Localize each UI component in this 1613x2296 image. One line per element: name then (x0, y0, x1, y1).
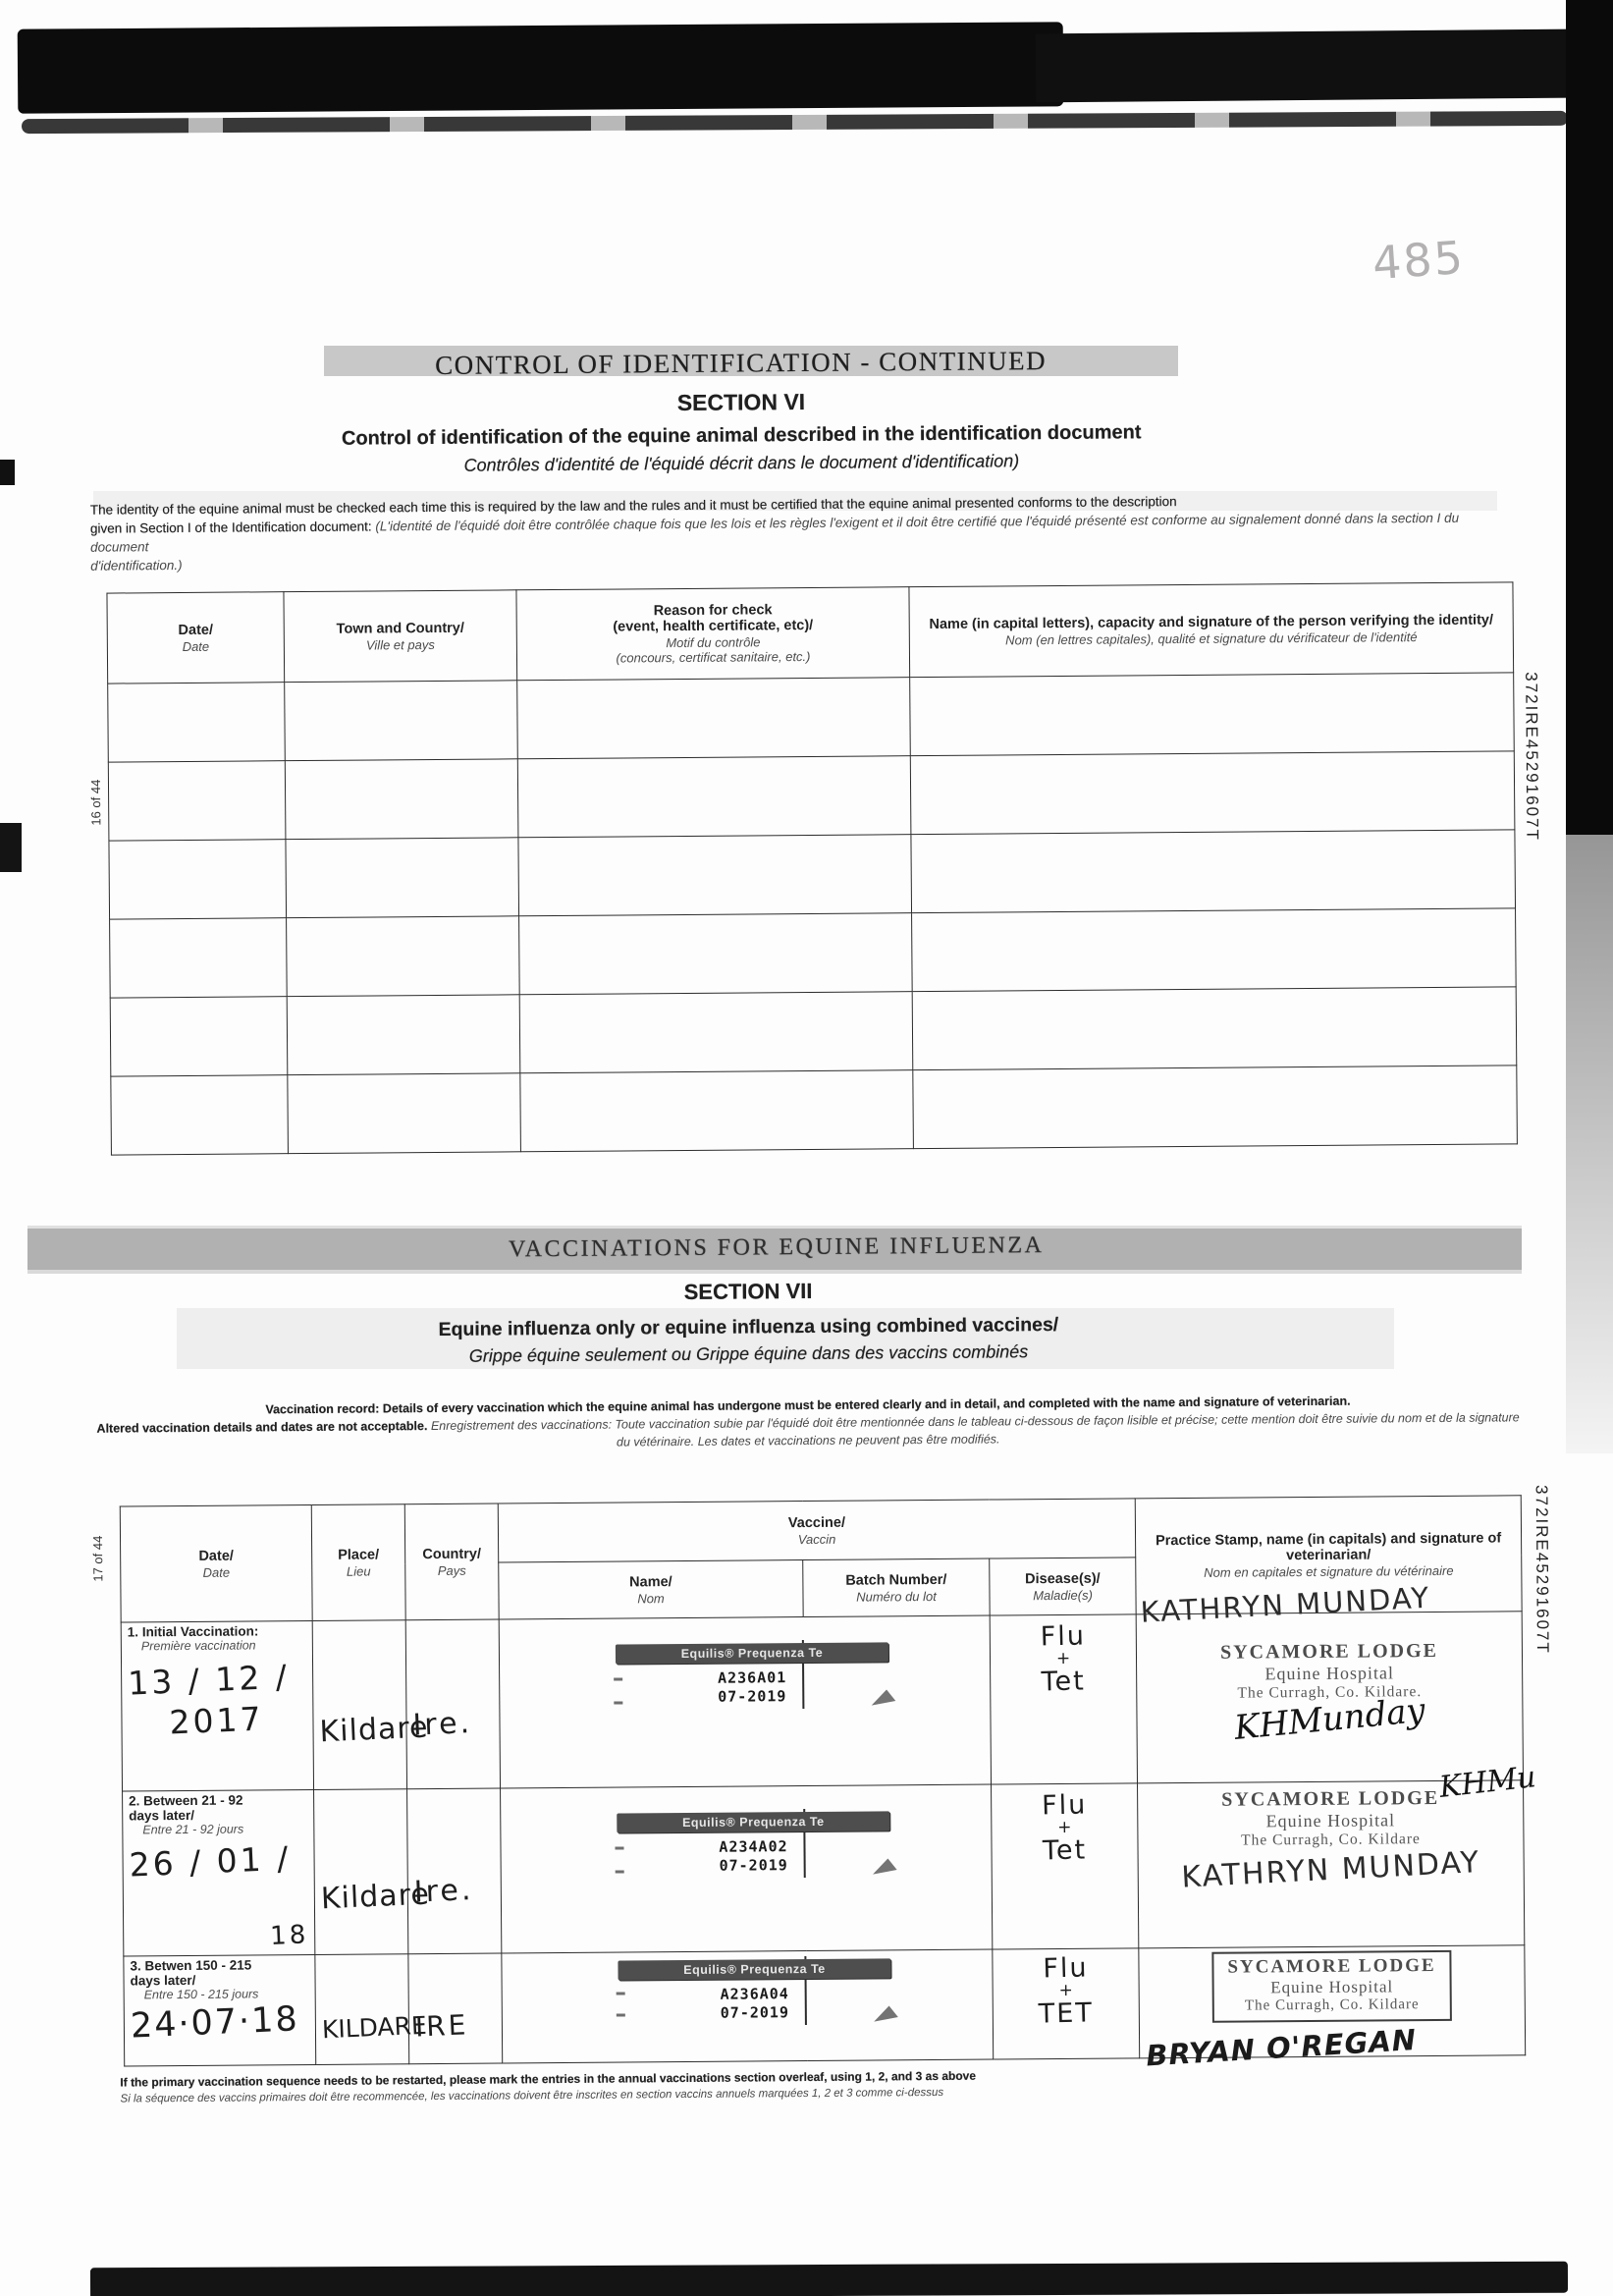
row3-expiry: 07-2019 (721, 2003, 789, 2022)
vaccine-sticker: Equilis® Prequenza Te A234A02 07-2019 (617, 1811, 889, 1876)
row3-date-cell: 3. Betwen 150 - 215 days later/ Entre 15… (124, 1954, 316, 2066)
row2-disease-flu: Flu (997, 1788, 1132, 1822)
page-number-margin-2: 17 of 44 (90, 1536, 105, 1582)
row2-place-handwriting: Kildare (320, 1879, 402, 1916)
row1-expiry: 07-2019 (718, 1687, 786, 1706)
vaccine-sticker: Equilis® Prequenza Te A236A01 07-2019 (616, 1642, 888, 1707)
document-code-right-1: 372IRE45291607T (1521, 672, 1541, 842)
row2-year-handwriting: 18 (269, 1920, 308, 1951)
sticker-mark (614, 1701, 622, 1704)
row1-batch-number: A236A01 (718, 1668, 786, 1687)
section6-subtitle-en: Control of identification of the equine … (54, 419, 1428, 453)
row1-disease-cell: Flu + Tet (990, 1614, 1137, 1784)
document-code-right-2: 372IRE45291607T (1532, 1485, 1552, 1655)
row2-expiry: 07-2019 (719, 1856, 787, 1875)
t7-col-batch: Batch Number/ Numéro du lot (803, 1558, 990, 1616)
row3-country-handwriting: IRE (414, 2007, 496, 2043)
t7-col-date-en: Date/ (127, 1548, 305, 1564)
t6-col-date-en: Date/ (114, 622, 278, 638)
t6-col-town: Town and Country/ Ville et pays (284, 590, 517, 683)
t7-col-date-fr: Date (127, 1564, 305, 1580)
vaccine-brand-label: Equilis® Prequenza Te (618, 1958, 890, 1980)
section7-intro: Vaccination record: Details of every vac… (91, 1391, 1525, 1455)
row1-label-fr: Première vaccination (141, 1638, 306, 1653)
row3-place-handwriting: KILDARE (321, 2012, 403, 2044)
sticker-mark (616, 1870, 624, 1873)
row1-year-handwriting: 2017 (169, 1698, 308, 1742)
vaccination-row-2: 2. Between 21 - 92 days later/ Entre 21 … (123, 1780, 1525, 1956)
section6-title: CONTROL OF IDENTIFICATION - CONTINUED (54, 343, 1428, 384)
row3-country-cell: IRE (408, 1953, 503, 2064)
section6-subtitle-fr: Contrôles d'identité de l'équidé décrit … (54, 448, 1428, 479)
identification-control-table: Date/ Date Town and Country/ Ville et pa… (106, 581, 1517, 1155)
section6-intro: The identity of the equine animal must b… (90, 490, 1503, 575)
t7-col-vaccine-name-fr: Nom (505, 1590, 796, 1607)
row2-disease-tet: Tet (997, 1834, 1132, 1868)
row3-vaccine-cell: Equilis® Prequenza Te A236A04 07-2019 (502, 1949, 994, 2063)
t6-empty-row (108, 673, 1515, 762)
t6-col-date-fr: Date (114, 638, 278, 654)
row3-disease-flu: Flu (998, 1951, 1133, 1985)
t7-col-stamp-fr: Nom en capitales et signature du vétérin… (1142, 1562, 1515, 1580)
section7-label: SECTION VII (61, 1274, 1435, 1310)
row2-label-fr: Entre 21 - 92 jours (142, 1822, 307, 1836)
t7-col-disease: Disease(s)/ Maladie(s) (990, 1558, 1136, 1615)
row2-label-en: 2. Between 21 - 92 days later/ (129, 1792, 307, 1823)
section6-label: SECTION VI (54, 384, 1428, 421)
row1-place-handwriting: Kildare (319, 1712, 401, 1749)
sticker-mark (617, 2013, 625, 2016)
t7-col-place-en: Place/ (318, 1547, 399, 1563)
row1-date-cell: 1. Initial Vaccination: Première vaccina… (121, 1620, 313, 1791)
t7-col-disease-fr: Maladie(s) (995, 1587, 1129, 1603)
row1-disease-tet: Tet (996, 1666, 1131, 1699)
row2-place-cell: Kildare (314, 1789, 408, 1955)
t6-empty-row (111, 1066, 1518, 1155)
page-number-margin-1: 16 of 44 (88, 780, 103, 826)
t6-col-date: Date/ Date (107, 592, 285, 683)
row1-date-handwriting: 13 / 12 / (127, 1657, 307, 1703)
t7-col-stamp-en: Practice Stamp, name (in capitals) and s… (1142, 1530, 1515, 1564)
row2-vaccine-cell: Equilis® Prequenza Te A234A02 07-2019 (501, 1784, 993, 1953)
t7-col-place-fr: Lieu (318, 1563, 399, 1579)
vaccination-table: Date/ Date Place/ Lieu Country/ Pays Vac… (120, 1495, 1526, 2066)
row3-stamp-line2: Equine Hospital (1227, 1977, 1435, 1998)
row3-stamp-cell: SYCAMORE LODGE Equine Hospital The Curra… (1139, 1945, 1526, 2058)
t6-empty-row (110, 908, 1517, 998)
vaccination-row-1: 1. Initial Vaccination: Première vaccina… (121, 1612, 1523, 1791)
row2-date-handwriting: 26 / 01 / (129, 1838, 309, 1885)
t6-col-name: Name (in capital letters), capacity and … (909, 582, 1514, 678)
row2-disease-cell: Flu + Tet (992, 1783, 1139, 1949)
t7-col-batch-en: Batch Number/ (809, 1571, 983, 1588)
row2-country-handwriting: Ire. (413, 1872, 495, 1909)
t6-col-town-en: Town and Country/ (291, 620, 511, 637)
t6-col-reason-fr: Motif du contrôle (concours, certificat … (523, 633, 903, 666)
row3-place-cell: KILDARE (315, 1954, 409, 2065)
practice-stamp-box: SYCAMORE LODGE Equine Hospital The Curra… (1211, 1950, 1452, 2023)
vaccine-sticker: Equilis® Prequenza Te A236A04 07-2019 (618, 1958, 890, 2023)
section7-banner: VACCINATIONS FOR EQUINE INFLUENZA (31, 1229, 1522, 1267)
row1-country-cell: Ire. (405, 1619, 500, 1789)
t7-col-vaccine-name-en: Name/ (505, 1573, 796, 1591)
row3-date-handwriting: 24·07·18 (130, 1999, 310, 2047)
t6-col-reason: Reason for check (event, health certific… (516, 587, 910, 681)
row1-disease-flu: Flu (995, 1619, 1130, 1653)
row1-stamp-cell: KATHRYN MUNDAY SYCAMORE LODGE Equine Hos… (1136, 1612, 1523, 1783)
t7-col-disease-en: Disease(s)/ (995, 1570, 1129, 1587)
section7-subtitle-fr: Grippe équine seulement ou Grippe équine… (62, 1339, 1436, 1370)
row1-label-en: 1. Initial Vaccination: (128, 1623, 306, 1639)
t7-col-country: Country/ Pays (404, 1503, 499, 1620)
row2-vet-name-handwriting: KATHRYN MUNDAY (1144, 1843, 1518, 1897)
row3-label-en: 3. Betwen 150 - 215 days later/ (130, 1957, 308, 1988)
vaccine-brand-label: Equilis® Prequenza Te (617, 1811, 889, 1832)
row3-batch-number: A236A04 (721, 1985, 789, 2003)
row2-stamp-line2: Equine Hospital (1144, 1809, 1517, 1832)
t6-col-town-fr: Ville et pays (291, 636, 511, 653)
row1-vaccine-cell: Equilis® Prequenza Te A236A01 07-2019 (499, 1615, 991, 1788)
row2-stamp-cell: KHMu SYCAMORE LODGE Equine Hospital The … (1138, 1780, 1525, 1948)
t6-empty-row (108, 751, 1515, 841)
row2-batch-number: A234A02 (719, 1837, 787, 1856)
section7-intro-fr: Enregistrement des vaccinations: Toute v… (431, 1410, 1520, 1449)
row1-stamp-line2: Equine Hospital (1143, 1662, 1516, 1685)
sticker-mark (614, 1677, 622, 1680)
row3-stamp-line1: SYCAMORE LODGE (1227, 1955, 1435, 1979)
t6-col-reason-en: Reason for check (event, health certific… (523, 601, 903, 635)
row3-disease-cell: Flu + TET (993, 1948, 1140, 2059)
t6-empty-row (109, 830, 1516, 919)
scanned-passport-page: 485 CONTROL OF IDENTIFICATION - CONTINUE… (0, 0, 1613, 2296)
t7-col-vaccine-name: Name/ Nom (499, 1560, 803, 1619)
row2-country-cell: Ire. (407, 1788, 502, 1954)
row1-stamp-line1: SYCAMORE LODGE (1143, 1639, 1516, 1665)
sticker-mark (616, 1846, 624, 1849)
sticker-mark (617, 1992, 625, 1995)
row1-place-cell: Kildare (312, 1620, 406, 1790)
t7-col-place: Place/ Lieu (311, 1504, 405, 1621)
t7-col-date: Date/ Date (120, 1504, 312, 1622)
t6-empty-row (110, 987, 1517, 1076)
t7-col-batch-fr: Numéro du lot (809, 1588, 983, 1604)
t7-col-country-fr: Pays (411, 1562, 492, 1578)
row3-stamp-line3: The Curragh, Co. Kildare (1228, 1996, 1436, 2015)
vaccination-row-3: 3. Betwen 150 - 215 days later/ Entre 15… (124, 1945, 1526, 2066)
t7-col-country-en: Country/ (411, 1546, 492, 1562)
row3-disease-tet: TET (998, 1997, 1133, 2031)
vaccination-footnote: If the primary vaccination sequence need… (120, 2063, 1435, 2108)
t7-col-vaccine: Vaccine/ Vaccin (498, 1499, 1135, 1562)
vaccine-brand-label: Equilis® Prequenza Te (616, 1642, 888, 1664)
row2-date-cell: 2. Between 21 - 92 days later/ Entre 21 … (123, 1789, 315, 1956)
row1-country-handwriting: Ire. (412, 1705, 494, 1742)
